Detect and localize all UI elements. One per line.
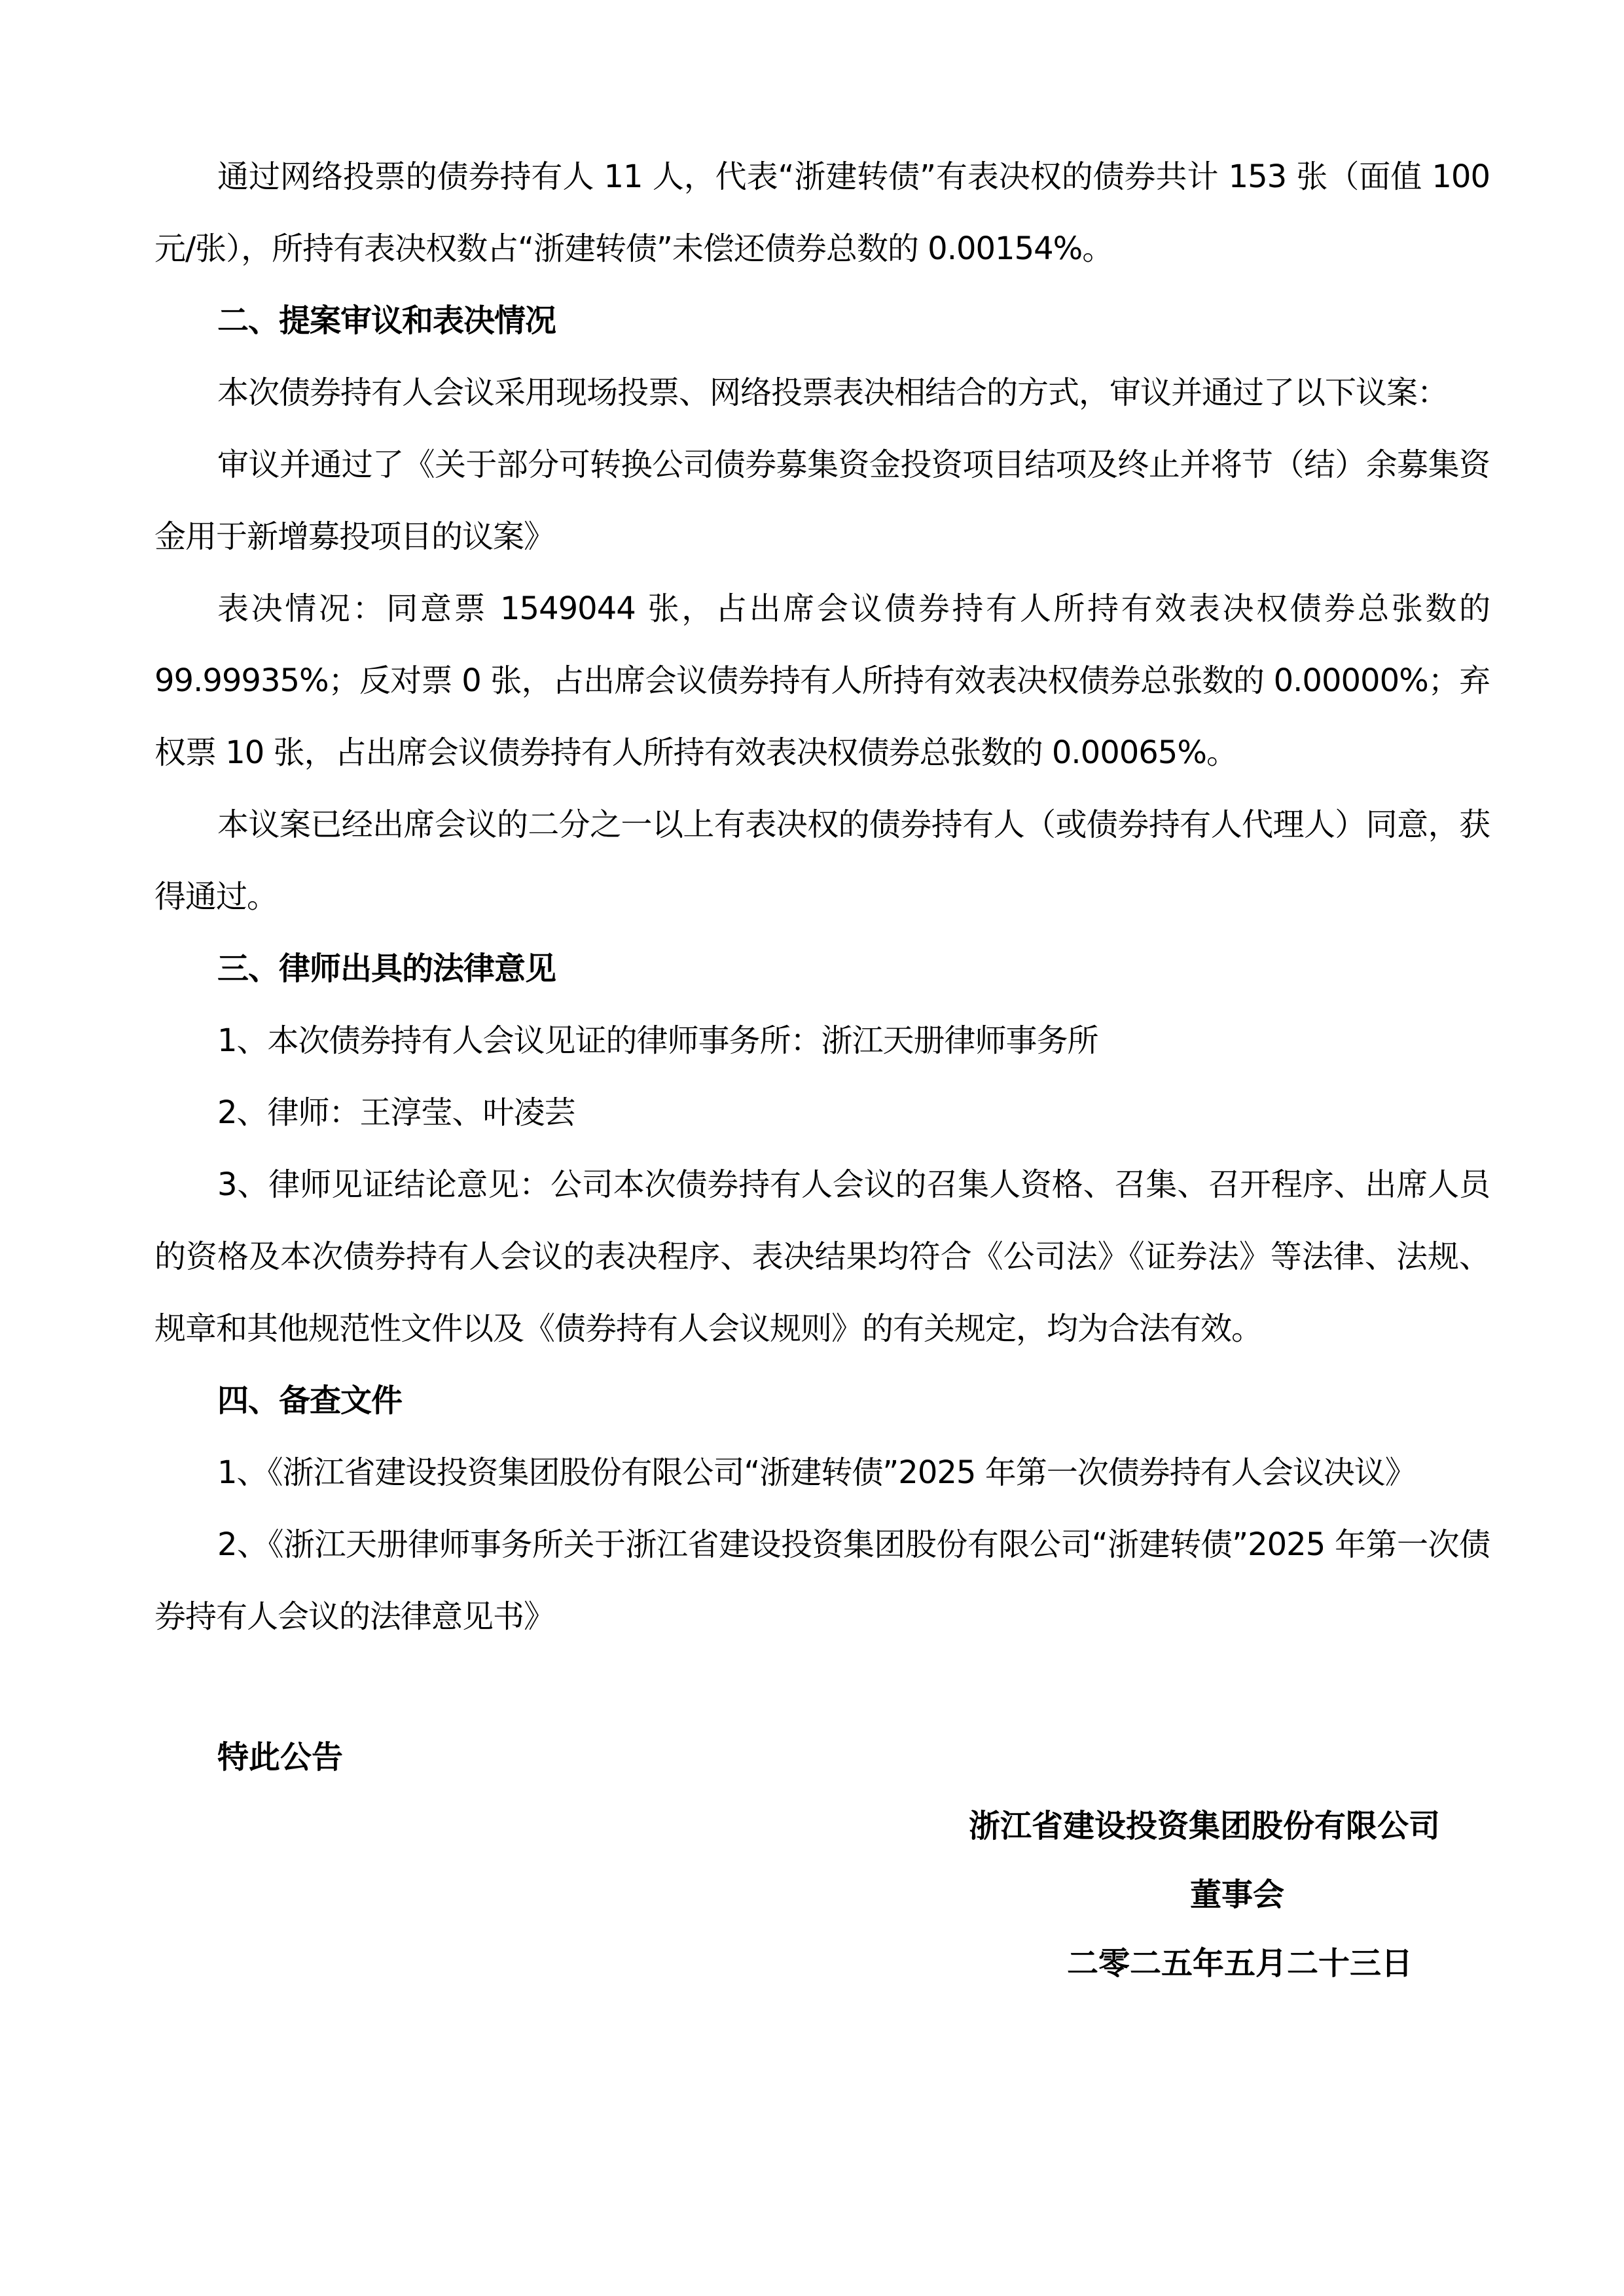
reference-document-item-resolution: 1、《浙江省建设投资集团股份有限公司“浙建转债”2025 年第一次债券持有人会议…: [154, 1437, 1490, 1509]
legal-opinion-item-law-firm: 1、本次债券持有人会议见证的律师事务所：浙江天册律师事务所: [154, 1005, 1490, 1077]
approval-paragraph: 本议案已经出席会议的二分之一以上有表决权的债券持有人（或债券持有人代理人）同意，…: [154, 789, 1490, 933]
reference-document-item-legal-opinion: 2、《浙江天册律师事务所关于浙江省建设投资集团股份有限公司“浙建转债”2025 …: [154, 1509, 1490, 1653]
network-vote-paragraph: 通过网络投票的债券持有人 11 人，代表“浙建转债”有表决权的债券共计 153 …: [154, 141, 1490, 285]
closing-statement: 特此公告: [217, 1721, 343, 1793]
vote-result-paragraph: 表决情况：同意票 1549044 张，占出席会议债券持有人所持有效表决权债券总张…: [154, 573, 1490, 789]
document-page: 通过网络投票的债券持有人 11 人，代表“浙建转债”有表决权的债券共计 153 …: [0, 0, 1624, 2296]
section-heading-reference-documents: 四、备查文件: [154, 1365, 1490, 1437]
signature-company-name: 浙江省建设投资集团股份有限公司: [969, 1790, 1440, 1862]
voting-method-paragraph: 本次债券持有人会议采用现场投票、网络投票表决相结合的方式，审议并通过了以下议案：: [154, 357, 1490, 429]
signature-board: 董事会: [1190, 1859, 1284, 1931]
signature-date: 二零二五年五月二十三日: [1067, 1928, 1413, 2000]
legal-opinion-item-conclusion: 3、律师见证结论意见：公司本次债券持有人会议的召集人资格、召集、召开程序、出席人…: [154, 1149, 1490, 1365]
section-heading-legal-opinion: 三、律师出具的法律意见: [154, 933, 1490, 1005]
document-body: 通过网络投票的债券持有人 11 人，代表“浙建转债”有表决权的债券共计 153 …: [154, 141, 1490, 1653]
legal-opinion-item-lawyers: 2、律师：王淳莹、叶凌芸: [154, 1077, 1490, 1149]
motion-paragraph: 审议并通过了《关于部分可转换公司债券募集资金投资项目结项及终止并将节（结）余募集…: [154, 429, 1490, 573]
section-heading-proposal-review: 二、提案审议和表决情况: [154, 285, 1490, 357]
